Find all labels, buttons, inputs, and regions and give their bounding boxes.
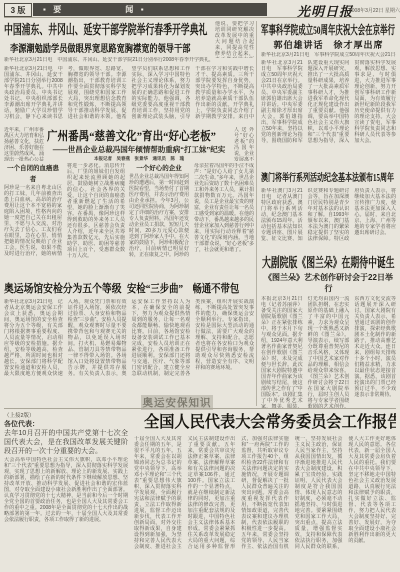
section-banner: ▪ 要 闻 ▪ — [33, 3, 267, 16]
article-olympic-security: 奥运场馆安检分为五个等级 安检“三步曲” 畅通不带包 新华社北京3月21日电 记… — [4, 277, 254, 411]
military-subhead: 郭伯雄讲话 徐才厚出席 — [261, 39, 396, 52]
charity-subhead: ——世昌企业总裁冯国年倾情帮助重病“打工妹”纪实 — [47, 145, 231, 155]
article-cadre-academy: 中国浦东、井冈山、延安干部学院举行春季开学典礼 李源潮勉励学员做眼界宽思路宽胸襟… — [4, 21, 254, 124]
article-macau-basic-law: 澳门将举行系列活动纪念基本法颁布15周年 新华社澳门3月21日电 记者从澳门特区… — [261, 168, 396, 248]
npc-intro: 去年10月召开的中国共产党第十七次全国代表大会，是在我国改革发展关键阶段召开的一… — [4, 429, 128, 456]
cadre-subhead: 李源潮勉励学员做眼界宽思路宽胸襟宽的领导干部 — [10, 43, 190, 56]
npc-left-body: 大会高举中国特色社会主义伟大旗帜，以邓小平理论和“三个代表”重要思想为指导，深入… — [4, 457, 128, 570]
article-turandot: 大剧院版《图兰朵》在期待中诞生 《图兰朵》艺术创作研讨会于22日举行 本报北京3… — [261, 254, 396, 431]
npc-salute: 各位代表： — [4, 420, 128, 429]
cadre-body: 新华社北京3月21日电 中国浦东、井冈山、延安干部学院21日分别举行2008年春… — [4, 66, 254, 124]
macau-body: 新华社澳门3月21日电 记者从澳门特区政府获悉，澳门将举行系列活动，纪念澳门基本… — [261, 188, 396, 248]
left-column-group: 中国浦东、井冈山、延安干部学院举行春季开学典礼 李源潮勉励学员做眼界宽思路宽胸襟… — [4, 21, 254, 406]
charity-byline: 本报记者 吴春燕 张景华 通讯员 陈 瑰 — [47, 155, 231, 163]
npc-main-column: 全国人民代表大会常务委员会工作报告 十届全国人大及其常委会任期的五年，是很不平凡… — [134, 412, 396, 570]
military-headline: 军事科学院成立50周年庆祝大会在京举行 — [261, 22, 395, 38]
date-label: 2008年3月22日 星期六 — [349, 7, 400, 14]
charity-side-column: 人送外号“好心老板”的冯国年说，企业发展离不开社会，回报社会是企业应尽的责任，也… — [234, 127, 254, 161]
charity-body-right: 一个好心的企业 世昌企业总裁冯国年得知阿珍的遭遇后，第一时间赶到医院看望，当场垫… — [129, 163, 254, 273]
charity-minihead-company: 一个好心的企业 — [129, 163, 189, 174]
cadre-lead: 新华社北京3月21日电 中国浦东、井冈山、延安干部学院21日分别举行2008年春… — [4, 57, 211, 64]
charity-body-right-text: 世昌企业总裁冯国年得知阿珍的遭遇后，第一时间赶到医院看望，当场垫付了首期医疗费用… — [129, 163, 254, 258]
article-military-academy: 军事科学院成立50周年庆祝大会在京举行 郭伯雄讲话 徐才厚出席 新华社北京3月2… — [261, 21, 396, 163]
security-steps-headline: 安检“三步曲” 畅通不带包 — [127, 282, 239, 296]
turandot-headline: 大剧院版《图兰朵》在期待中诞生 — [262, 254, 395, 271]
charity-body-left: 一个自闭的血癌患者 阿珍是一名来自粤北山区的打工妹，几年前被查出患上白血病。高昂… — [4, 163, 125, 273]
newspaper-page: 3 版 ▪ 要 闻 ▪ 光明日报 2008年3月22日 星期六 中国浦东、井冈山… — [0, 0, 400, 572]
charity-headline: 广州番禺“慈善文化”育出“好心老板” — [47, 129, 216, 144]
column-divider — [256, 21, 257, 406]
article-npc-report: （上接2版） 各位代表： 去年10月召开的中国共产党第十七次全国代表大会，是在我… — [4, 408, 396, 570]
cadre-headline: 中国浦东、井冈山、延安干部学院举行春季开学典礼 — [4, 21, 207, 38]
security-levels-headline: 奥运场馆安检分为五个等级 — [4, 282, 121, 296]
npc-continued-marker: （上接2版） — [4, 412, 128, 420]
npc-body: 十届全国人大及其常委会任期的五年，是很不平凡的五年。五年来，常委会在以胡锦涛同志… — [134, 436, 396, 570]
edition-badge: 3 版 — [4, 3, 32, 17]
npc-headline: 全国人民代表大会常务委员会工作报告 — [144, 412, 396, 433]
military-body: 新华社北京3月21日电 军事科学院成立50周年庆祝大会21日在京举行。中共中央政… — [261, 60, 396, 163]
charity-intro-column: 近年来，广州市番禺区大力培育和弘扬慈善文化，扶危济困、乐善好施在这里蔚然成风，涌… — [4, 127, 44, 161]
npc-left-column: （上接2版） 各位代表： 去年10月召开的中国共产党第十七次全国代表大会，是在我… — [4, 412, 128, 570]
charity-minihead-patient: 一个自闭的血癌患者 — [4, 163, 62, 185]
article-charity: 近年来，广州市番禺区大力培育和弘扬慈善文化，扶危济困、乐善好施在这里蔚然成风，涌… — [4, 127, 254, 273]
header-divider — [4, 17, 396, 18]
macau-headline: 澳门将举行系列活动纪念基本法颁布15周年 — [261, 172, 394, 185]
turandot-subhead: 《图兰朵》艺术创作研讨会于22日举行 — [261, 272, 396, 294]
right-column-group: 军事科学院成立50周年庆祝大会在京举行 郭伯雄讲话 徐才厚出席 新华社北京3月2… — [261, 21, 396, 406]
security-body: 新华社北京3月21日电 记者从北京奥运会安保工作会议上获悉，奥运会期间，奥运场馆… — [4, 299, 254, 411]
cadre-side-column: 他说，要把学习培训同研究解决改革发展中的重大问题结合起来，同提高党性修养结合起来… — [215, 21, 254, 58]
military-lead: 新华社北京3月21日电 军事科学院成立50周年庆祝大会21日在北京隆重举行，郭伯… — [261, 52, 396, 59]
